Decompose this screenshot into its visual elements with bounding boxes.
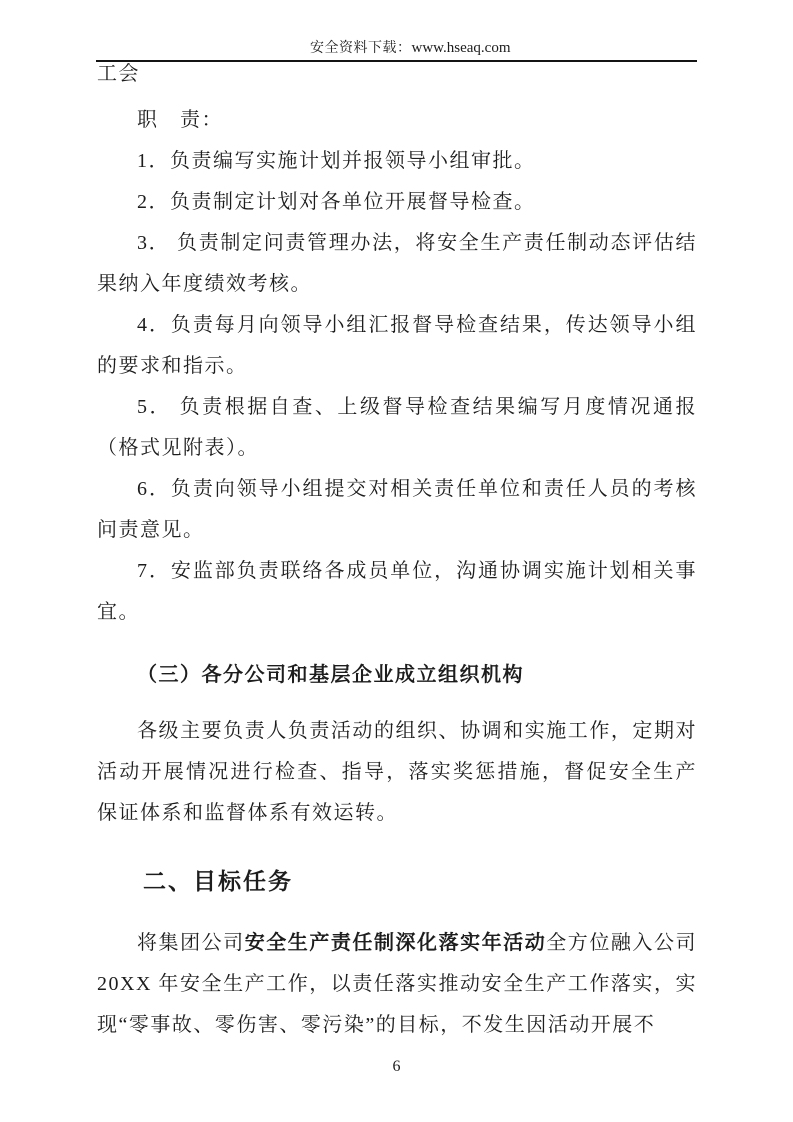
document-page: 安全资料下载：www.hseaq.com 工会 职 责： 1．负责编写实施计划并… bbox=[0, 0, 793, 1122]
goal-lead: 将集团公司 bbox=[137, 932, 245, 954]
section-heading-three: （三）各分公司和基层企业成立组织机构 bbox=[97, 655, 697, 696]
duty-item-5: 5． 负责根据自查、上级督导检查结果编写月度情况通报（格式见附表）。 bbox=[97, 387, 697, 469]
duty-item-7: 7．安监部负责联络各成员单位，沟通协调实施计划相关事宜。 bbox=[97, 551, 697, 633]
section-three-paragraph: 各级主要负责人负责活动的组织、协调和实施工作，定期对活动开展情况进行检查、指导，… bbox=[97, 711, 697, 834]
document-body: 工会 职 责： 1．负责编写实施计划并报领导小组审批。 2．负责制定计划对各单位… bbox=[97, 54, 697, 1046]
duty-item-1: 1．负责编写实施计划并报领导小组审批。 bbox=[97, 141, 697, 182]
page-number: 6 bbox=[393, 1058, 401, 1075]
duty-label: 职 责： bbox=[97, 100, 697, 141]
duty-item-2: 2．负责制定计划对各单位开展督导检查。 bbox=[97, 182, 697, 223]
section-heading-two: 二、目标任务 bbox=[97, 861, 697, 902]
duty-item-4: 4．负责每月向领导小组汇报督导检查结果，传达领导小组的要求和指示。 bbox=[97, 305, 697, 387]
page-footer: 6 bbox=[0, 1058, 793, 1076]
page-header: 安全资料下载：www.hseaq.com bbox=[96, 0, 697, 62]
duty-item-3: 3． 负责制定问责管理办法，将安全生产责任制动态评估结果纳入年度绩效考核。 bbox=[97, 223, 697, 305]
goal-emphasis: 安全生产责任制深化落实年活动 bbox=[245, 932, 547, 954]
carryover-text: 工会 bbox=[97, 54, 697, 95]
duty-item-6: 6．负责向领导小组提交对相关责任单位和责任人员的考核问责意见。 bbox=[97, 469, 697, 551]
goal-paragraph: 将集团公司安全生产责任制深化落实年活动全方位融入公司 20XX 年安全生产工作，… bbox=[97, 923, 697, 1046]
